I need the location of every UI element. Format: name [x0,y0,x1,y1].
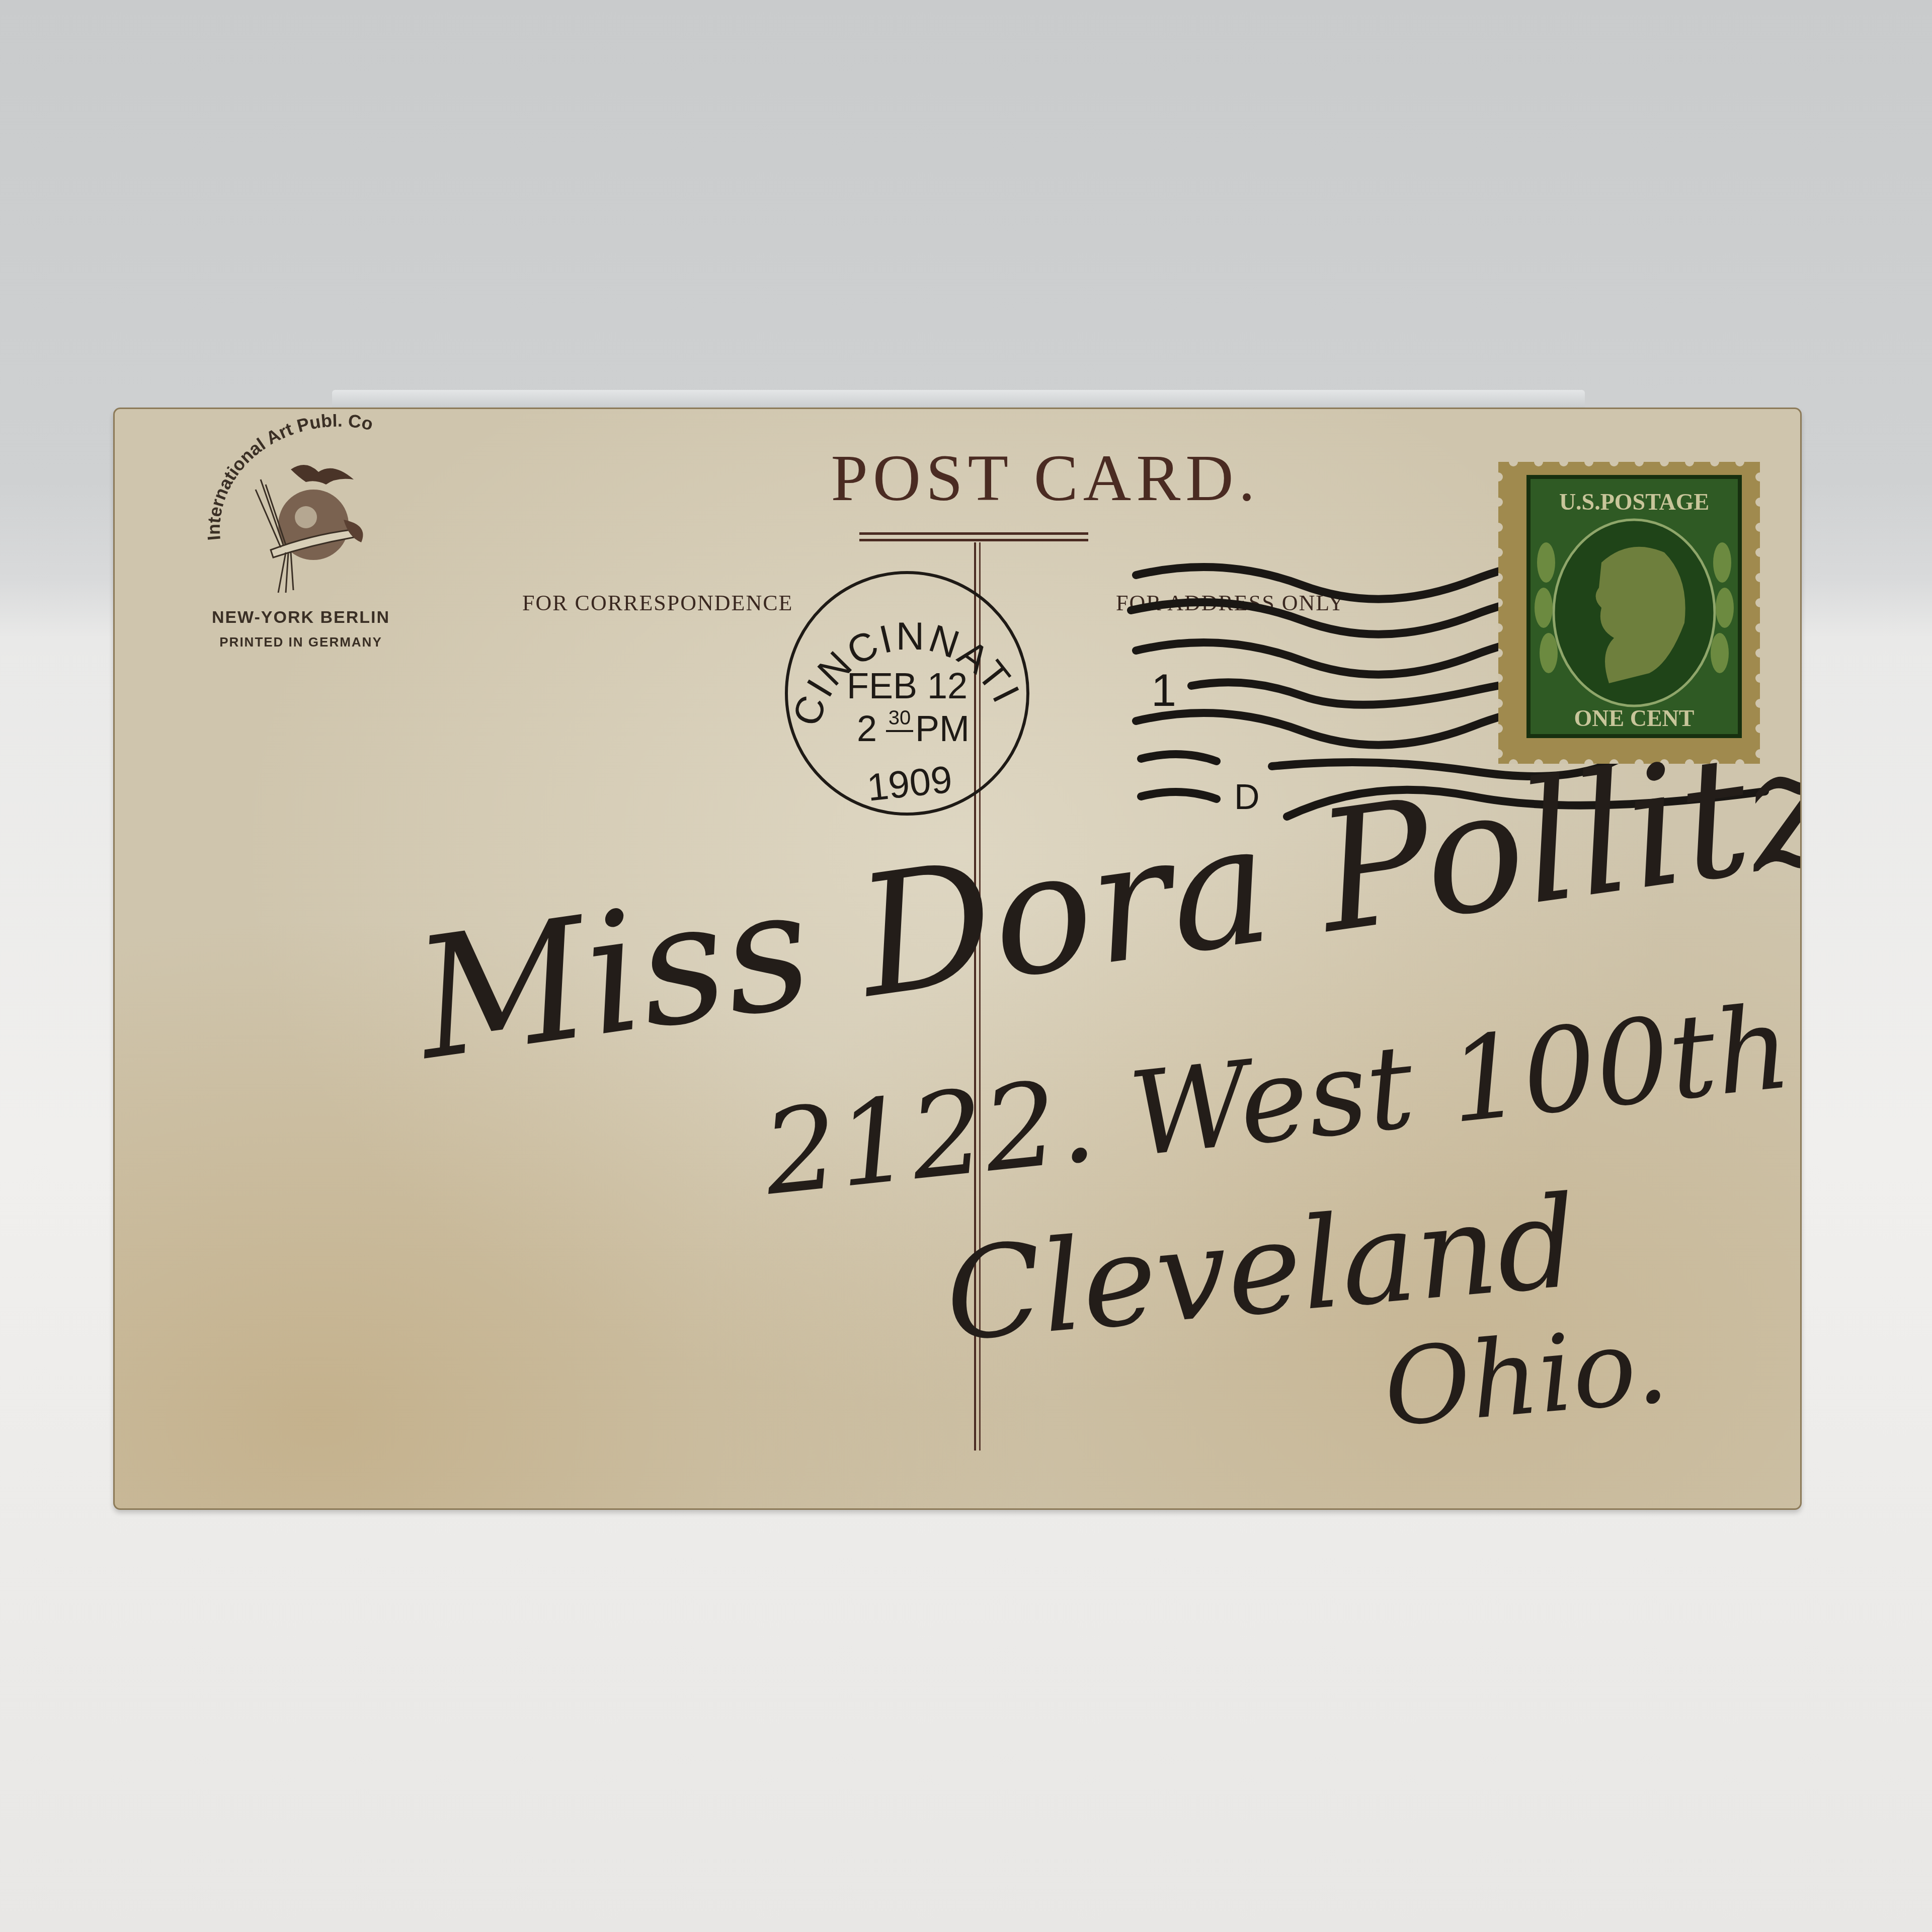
handwritten-address: Miss Dora Pollitz 2122. West 100th St. C… [115,409,1800,1508]
postcard: International Art Publ. Co NEW-YORK BERL… [113,408,1802,1510]
address-state: Ohio. [1379,1303,1672,1451]
